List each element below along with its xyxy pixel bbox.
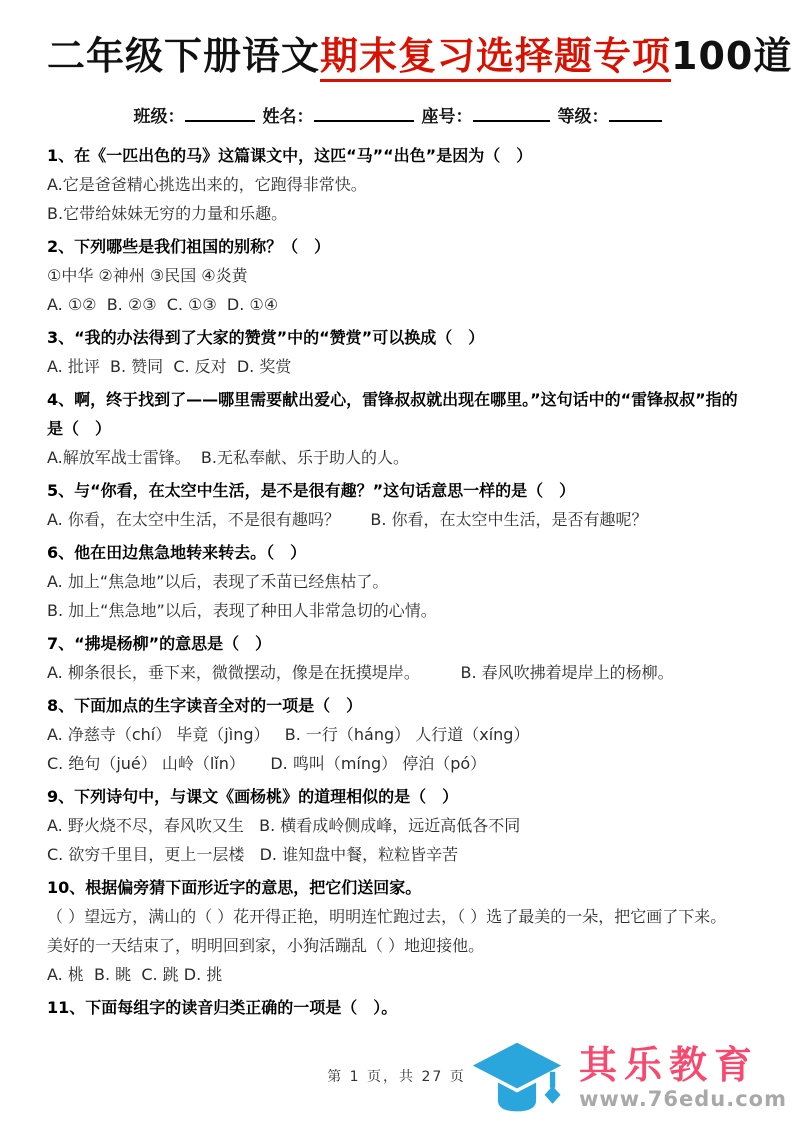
brand-logo: 其乐教育 www.76edu.com — [459, 1038, 787, 1118]
title-suffix: 100道 — [671, 34, 792, 78]
question-block: 10、根据偏旁猜下面形近字的意思，把它们送回家。（ ）望远方，满山的（ ）花开得… — [47, 873, 748, 989]
brand-name: 其乐教育 — [579, 1045, 759, 1087]
title-highlight: 期末复习选择题专项 — [320, 34, 671, 82]
question-block: 6、他在田边焦急地转来转去。（ ）A. 加上“焦急地”以后，表现了禾苗已经焦枯了… — [47, 538, 748, 625]
question-block: 8、下面加点的生字读音全对的一项是（ ）A. 净慈寺（chí） 毕竟（jìng）… — [47, 691, 748, 778]
question-option-line: B. 加上“焦急地”以后，表现了种田人非常急切的心情。 — [47, 596, 748, 625]
question-prompt: 4、啊，终于找到了——哪里需要献出爱心，雷锋叔叔就出现在哪里。”这句话中的“雷锋… — [47, 385, 748, 443]
student-info-line: 班级：姓名：座号：等级： — [47, 102, 748, 127]
question-option-line: C. 欲穷千里目，更上一层楼 D. 谁知盘中餐，粒粒皆辛苦 — [47, 840, 748, 869]
form-field-label: 座号： — [422, 102, 473, 127]
form-field-label: 等级： — [558, 102, 609, 127]
form-blank-line[interactable] — [609, 106, 662, 122]
question-option-line: A. 柳条很长，垂下来，微微摆动，像是在抚摸堤岸。 B. 春风吹拂着堤岸上的杨柳… — [47, 658, 748, 687]
question-prompt: 8、下面加点的生字读音全对的一项是（ ） — [47, 691, 748, 720]
question-block: 4、啊，终于找到了——哪里需要献出爱心，雷锋叔叔就出现在哪里。”这句话中的“雷锋… — [47, 385, 748, 472]
form-blank-line[interactable] — [314, 106, 414, 122]
question-prompt: 1、在《一匹出色的马》这篇课文中，这匹“马”“出色”是因为（ ） — [47, 141, 748, 170]
question-option-line: A. 你看，在太空中生活，不是很有趣吗？ B. 你看，在太空中生活，是否有趣呢？ — [47, 505, 748, 534]
form-field: 姓名： — [263, 102, 414, 127]
question-option-line: A.解放军战士雷锋。 B.无私奉献、乐于助人的人。 — [47, 443, 748, 472]
page-title: 二年级下册语文期末复习选择题专项100道 — [47, 34, 748, 80]
question-option-line: C. 绝句（jué） 山岭（lǐn） D. 鸣叫（míng） 停泊（pó） — [47, 749, 748, 778]
question-prompt: 3、“我的办法得到了大家的赞赏”中的“赞赏”可以换成（ ） — [47, 323, 748, 352]
question-option-line: A. 野火烧不尽，春风吹又生 B. 横看成岭侧成峰，远近高低各不同 — [47, 811, 748, 840]
form-blank-line[interactable] — [473, 106, 550, 122]
question-option-line: A. 桃 B. 眺 C. 跳 D. 挑 — [47, 960, 748, 989]
form-blank-line[interactable] — [185, 106, 255, 122]
form-field: 座号： — [422, 102, 550, 127]
brand-text: 其乐教育 www.76edu.com — [579, 1045, 787, 1112]
question-option-line: B.它带给妹妹无穷的力量和乐趣。 — [47, 199, 748, 228]
question-prompt: 2、下列哪些是我们祖国的别称？（ ） — [47, 232, 748, 261]
form-field: 等级： — [558, 102, 662, 127]
graduation-cap-icon — [459, 1038, 575, 1118]
question-prompt: 9、下列诗句中，与课文《画杨桃》的道理相似的是（ ） — [47, 782, 748, 811]
question-option-line: ①中华 ②神州 ③民国 ④炎黄 — [47, 261, 748, 290]
question-block: 9、下列诗句中，与课文《画杨桃》的道理相似的是（ ）A. 野火烧不尽，春风吹又生… — [47, 782, 748, 869]
question-prompt: 6、他在田边焦急地转来转去。（ ） — [47, 538, 748, 567]
title-prefix: 二年级下册语文 — [47, 34, 320, 78]
question-prompt: 5、与“你看，在太空中生活，是不是很有趣？”这句话意思一样的是（ ） — [47, 476, 748, 505]
questions-list: 1、在《一匹出色的马》这篇课文中，这匹“马”“出色”是因为（ ）A.它是爸爸精心… — [47, 141, 748, 1022]
question-block: 3、“我的办法得到了大家的赞赏”中的“赞赏”可以换成（ ）A. 批评 B. 赞同… — [47, 323, 748, 381]
brand-website: www.76edu.com — [579, 1088, 787, 1111]
worksheet-page: 二年级下册语文期末复习选择题专项100道 班级：姓名：座号：等级： 1、在《一匹… — [0, 0, 793, 1022]
question-block: 2、下列哪些是我们祖国的别称？（ ）①中华 ②神州 ③民国 ④炎黄A. ①② B… — [47, 232, 748, 319]
question-block: 5、与“你看，在太空中生活，是不是很有趣？”这句话意思一样的是（ ）A. 你看，… — [47, 476, 748, 534]
question-option-line: A. 批评 B. 赞同 C. 反对 D. 奖赏 — [47, 352, 748, 381]
question-prompt: 11、下面每组字的读音归类正确的一项是（ ）。 — [47, 993, 748, 1022]
question-prompt: 7、“拂堤杨柳”的意思是（ ） — [47, 629, 748, 658]
question-option-line: A. 净慈寺（chí） 毕竟（jìng） B. 一行（háng） 人行道（xín… — [47, 720, 748, 749]
question-option-line: A.它是爸爸精心挑选出来的，它跑得非常快。 — [47, 170, 748, 199]
question-block: 7、“拂堤杨柳”的意思是（ ）A. 柳条很长，垂下来，微微摆动，像是在抚摸堤岸。… — [47, 629, 748, 687]
question-option-line: A. 加上“焦急地”以后，表现了禾苗已经焦枯了。 — [47, 567, 748, 596]
question-option-line: A. ①② B. ②③ C. ①③ D. ①④ — [47, 290, 748, 319]
question-option-line: 美好的一天结束了，明明回到家，小狗活蹦乱（ ）地迎接他。 — [47, 931, 748, 960]
question-block: 1、在《一匹出色的马》这篇课文中，这匹“马”“出色”是因为（ ）A.它是爸爸精心… — [47, 141, 748, 228]
form-field-label: 班级： — [134, 102, 185, 127]
form-field: 班级： — [134, 102, 255, 127]
form-field-label: 姓名： — [263, 102, 314, 127]
question-option-line: （ ）望远方，满山的（ ）花开得正艳，明明连忙跑过去，（ ）选了最美的一朵，把它… — [47, 902, 748, 931]
question-prompt: 10、根据偏旁猜下面形近字的意思，把它们送回家。 — [47, 873, 748, 902]
question-block: 11、下面每组字的读音归类正确的一项是（ ）。 — [47, 993, 748, 1022]
